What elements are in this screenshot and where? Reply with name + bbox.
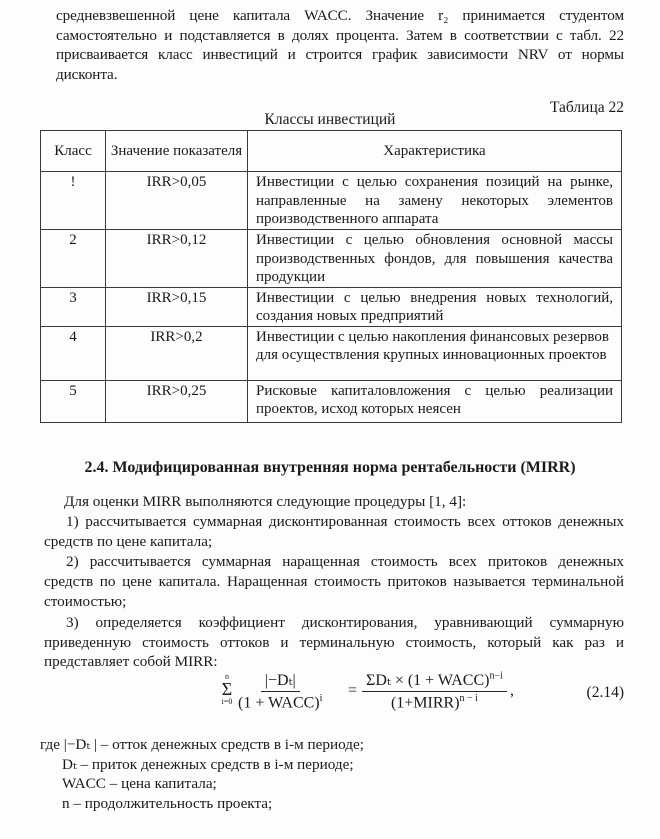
cell-value: IRR>0,25	[106, 380, 248, 422]
cell-description: Инвестиции с целью обновления основной м…	[248, 230, 622, 288]
legend-item: WACC – цена капитала;	[40, 774, 364, 794]
cell-description: Рисковые капиталовложения с целью реализ…	[248, 380, 622, 422]
table-title: Классы инвестиций	[0, 111, 660, 129]
header-value: Значение показателя	[106, 131, 248, 172]
procedure-step: 2) рассчитывается суммарная наращенная с…	[44, 552, 624, 611]
cell-description: Инвестиции с целью сохранения позиций на…	[248, 172, 622, 230]
procedure-step: 1) рассчитывается суммарная дисконтирова…	[44, 512, 624, 552]
formula-legend: где |−Dₜ | – отток денежных средств в i-…	[40, 735, 364, 813]
table-row: 4 IRR>0,2 Инвестиции с целью накопления …	[41, 326, 622, 380]
equals-sign: =	[348, 682, 357, 700]
procedure-list: Для оценки MIRR выполняются следующие пр…	[44, 492, 624, 673]
sigma-symbol: Σ	[220, 681, 234, 697]
procedure-lead: Для оценки MIRR выполняются следующие пр…	[44, 492, 624, 512]
left-fraction: |−Dₜ| (1 + WACC)i	[234, 670, 326, 712]
header-class: Класс	[41, 131, 106, 172]
table-row: 5 IRR>0,25 Рисковые капиталовложения с ц…	[41, 380, 622, 422]
table-row: ! IRR>0,05 Инвестиции с целью сохранения…	[41, 172, 622, 230]
legend-item: |−Dₜ | – отток денежных средств в i-м пе…	[64, 736, 364, 753]
mirr-formula: n Σ i=0 |−Dₜ| (1 + WACC)i = ΣDₜ × (1 + W…	[220, 668, 520, 720]
cell-class: 5	[41, 380, 106, 422]
table-header-row: Класс Значение показателя Характеристика	[41, 131, 622, 172]
cell-class: 2	[41, 230, 106, 288]
legend-item: n – продолжительность проекта;	[40, 794, 364, 814]
header-description: Характеристика	[248, 131, 622, 172]
investment-classes-table: Класс Значение показателя Характеристика…	[40, 130, 622, 423]
document-page: средневзвешенной цене капитала WACC. Зна…	[0, 0, 660, 839]
right-fraction: ΣDₜ × (1 + WACC)n−i (1+MIRR)n − i	[362, 670, 507, 712]
legend-item: Dₜ – приток денежных средств в i-м перио…	[40, 755, 364, 775]
cell-class: 3	[41, 287, 106, 326]
cell-class: !	[41, 172, 106, 230]
legend-intro: где	[40, 736, 60, 753]
procedure-step: 3) определяется коэффициент дисконтирова…	[44, 613, 624, 672]
cell-value: IRR>0,2	[106, 326, 248, 380]
table-row: 2 IRR>0,12 Инвестиции с целью обновления…	[41, 230, 622, 288]
cell-value: IRR>0,05	[106, 172, 248, 230]
cell-value: IRR>0,12	[106, 230, 248, 288]
cell-description: Инвестиции с целью внедрения новых техно…	[248, 287, 622, 326]
cell-class: 4	[41, 326, 106, 380]
cell-description: Инвестиции с целью накопления финансовых…	[248, 326, 622, 380]
intro-paragraph: средневзвешенной цене капитала WACC. Зна…	[56, 6, 624, 84]
summation: n Σ i=0	[220, 672, 234, 706]
cell-value: IRR>0,15	[106, 287, 248, 326]
equation-number: (2.14)	[587, 684, 624, 702]
section-heading: 2.4. Модифицированная внутренняя норма р…	[0, 459, 660, 477]
table-row: 3 IRR>0,15 Инвестиции с целью внедрения …	[41, 287, 622, 326]
